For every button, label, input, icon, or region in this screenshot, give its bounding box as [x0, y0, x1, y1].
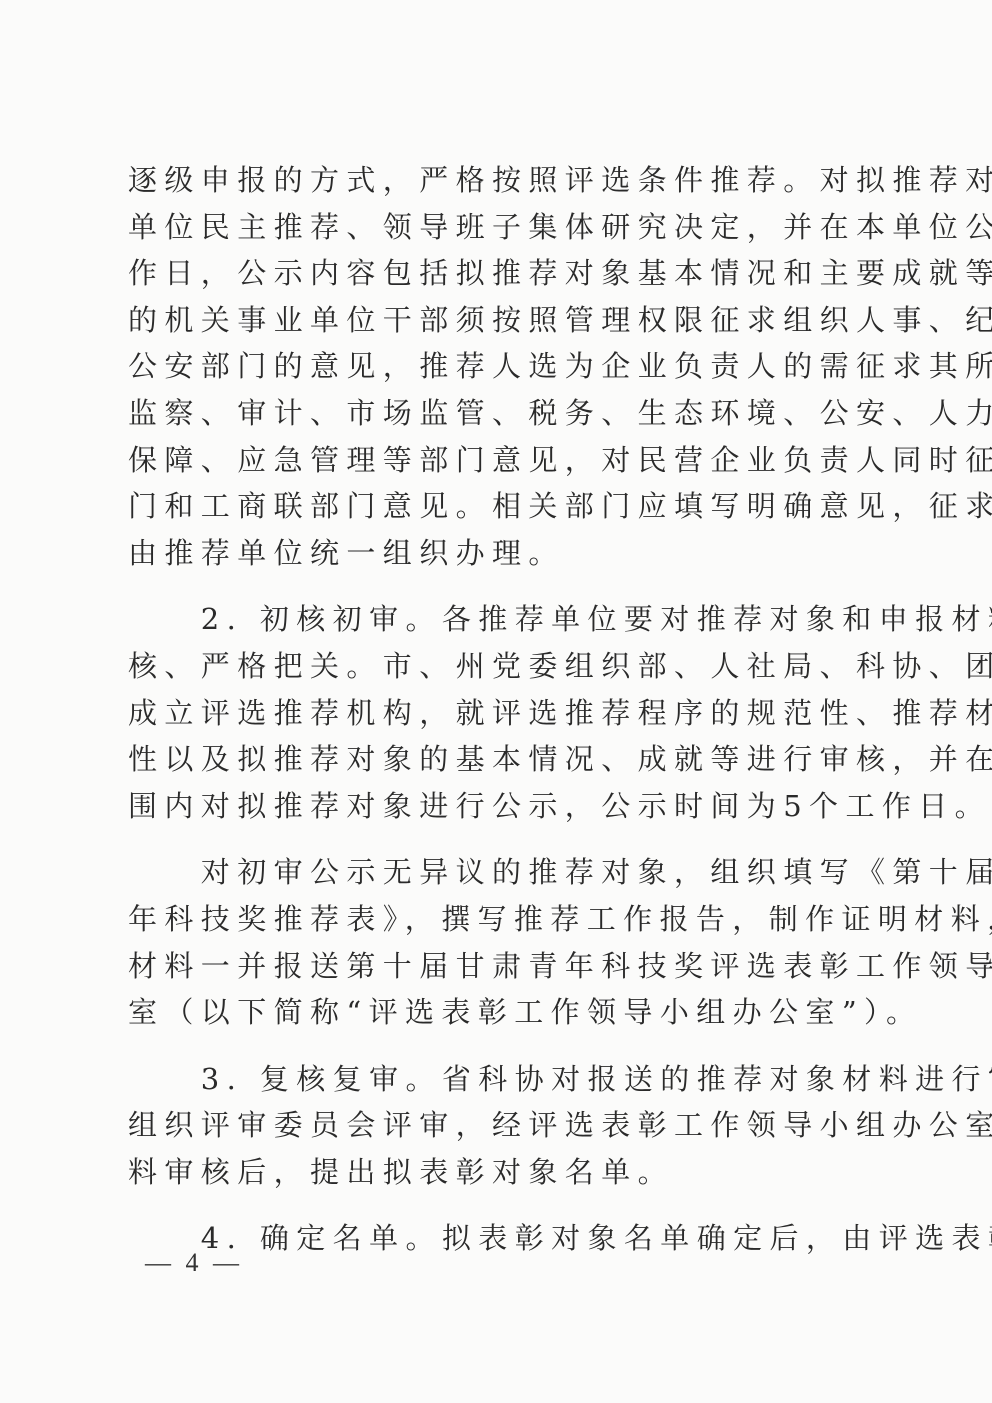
text-line: 单位民主推荐、领导班子集体研究决定，并在本单位公示5个工 — [128, 204, 860, 251]
text-line: 保障、应急管理等部门意见，对民营企业负责人同时征求统战部 — [128, 437, 860, 484]
paragraph-gap — [128, 829, 860, 849]
text-line: 作日，公示内容包括拟推荐对象基本情况和主要成就等。拟推荐 — [128, 250, 860, 297]
paragraph-gap — [128, 1195, 860, 1215]
text-line: 室（以下简称“评选表彰工作领导小组办公室”）。 — [128, 989, 860, 1036]
text-line: 监察、审计、市场监管、税务、生态环境、公安、人力资源社会 — [128, 390, 860, 437]
text-line: 年科技奖推荐表》，撰写推荐工作报告，制作证明材料，将推荐 — [128, 896, 860, 943]
text-line: 材料一并报送第十届甘肃青年科技奖评选表彰工作领导小组办公 — [128, 943, 860, 990]
text-line: 公安部门的意见，推荐人选为企业负责人的需征求其所在地纪检 — [128, 343, 860, 390]
text-line: 核、严格把关。市、州党委组织部、人社局、科协、团委应联合 — [128, 643, 860, 690]
paragraph-final-review: 3. 复核复审。省科协对报送的推荐对象材料进行审核，并 组织评审委员会评审，经评… — [128, 1056, 860, 1196]
text-line: 成立评选推荐机构，就评选推荐程序的规范性、推荐材料的真实 — [128, 690, 860, 737]
text-line: 由推荐单位统一组织办理。 — [128, 530, 860, 577]
text-line: 2. 初核初审。各推荐单位要对推荐对象和申报材料逐一审 — [128, 596, 860, 643]
text-line: 门和工商联部门意见。相关部门应填写明确意见，征求意见工作 — [128, 483, 860, 530]
paragraph-gap — [128, 576, 860, 596]
text-line: 性以及拟推荐对象的基本情况、成就等进行审核，并在本地区范 — [128, 736, 860, 783]
text-line: 对初审公示无异议的推荐对象，组织填写《第十届甘肃青 — [128, 849, 860, 896]
text-line: 料审核后，提出拟表彰对象名单。 — [128, 1149, 860, 1196]
page-number: — 4 — — [145, 1248, 243, 1278]
paragraph-gap — [128, 1036, 860, 1056]
text-line: 3. 复核复审。省科协对报送的推荐对象材料进行审核，并 — [128, 1056, 860, 1103]
text-line: 的机关事业单位干部须按照管理权限征求组织人事、纪检监察和 — [128, 297, 860, 344]
text-line: 组织评审委员会评审，经评选表彰工作领导小组办公室对推荐材 — [128, 1102, 860, 1149]
text-line: 逐级申报的方式，严格按照评选条件推荐。对拟推荐对象由所在 — [128, 157, 860, 204]
paragraph-submission: 对初审公示无异议的推荐对象，组织填写《第十届甘肃青 年科技奖推荐表》，撰写推荐工… — [128, 849, 860, 1035]
paragraph-initial-review: 2. 初核初审。各推荐单位要对推荐对象和申报材料逐一审 核、严格把关。市、州党委… — [128, 596, 860, 829]
text-line: 围内对拟推荐对象进行公示，公示时间为5个工作日。 — [128, 783, 860, 830]
paragraph-recommendation-procedure: 逐级申报的方式，严格按照评选条件推荐。对拟推荐对象由所在 单位民主推荐、领导班子… — [128, 157, 860, 576]
document-body: 逐级申报的方式，严格按照评选条件推荐。对拟推荐对象由所在 单位民主推荐、领导班子… — [128, 157, 860, 1262]
